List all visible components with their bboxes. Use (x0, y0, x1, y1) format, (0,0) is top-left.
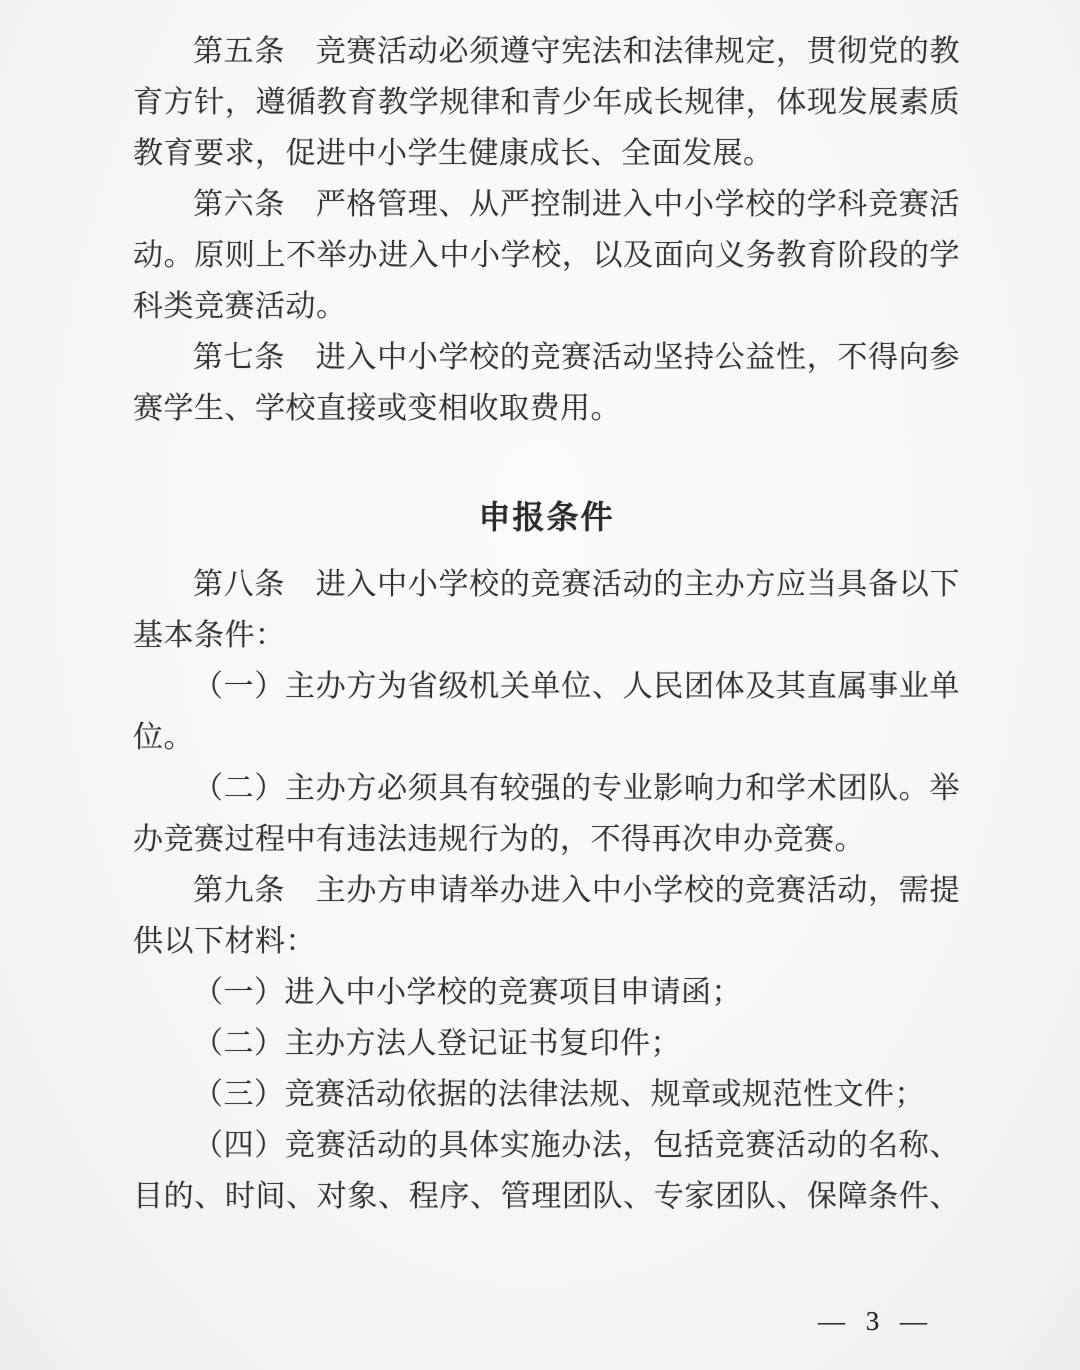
article-9-item-3: （三）竞赛活动依据的法律法规、规章或规范性文件； (133, 1069, 960, 1120)
article-8-item-2: （二）主办方必须具有较强的专业影响力和学术团队。举办竞赛过程中有违法违规行为的，… (133, 763, 960, 865)
article-8-item-1: （一）主办方为省级机关单位、人民团体及其直属事业单位。 (133, 661, 960, 763)
article-5-paragraph: 第五条 竞赛活动必须遵守宪法和法律规定，贯彻党的教育方针，遵循教育教学规律和青少… (133, 26, 960, 179)
article-6-paragraph: 第六条 严格管理、从严控制进入中小学校的学科竞赛活动。原则上不举办进入中小学校，… (133, 179, 960, 332)
document-body: 第五条 竞赛活动必须遵守宪法和法律规定，贯彻党的教育方针，遵循教育教学规律和青少… (0, 0, 1080, 1222)
section-heading-application-conditions: 申报条件 (133, 492, 960, 543)
article-8-paragraph: 第八条 进入中小学校的竞赛活动的主办方应当具备以下基本条件： (133, 559, 960, 661)
document-page: 第五条 竞赛活动必须遵守宪法和法律规定，贯彻党的教育方针，遵循教育教学规律和青少… (0, 0, 1080, 1370)
article-9-item-1: （一）进入中小学校的竞赛项目申请函； (133, 967, 960, 1018)
article-7-paragraph: 第七条 进入中小学校的竞赛活动坚持公益性，不得向参赛学生、学校直接或变相收取费用… (133, 332, 960, 434)
page-number: — 3 — (818, 1306, 934, 1337)
article-9-item-2: （二）主办方法人登记证书复印件； (133, 1018, 960, 1069)
article-9-paragraph: 第九条 主办方申请举办进入中小学校的竞赛活动，需提供以下材料： (133, 865, 960, 967)
article-9-item-4: （四）竞赛活动的具体实施办法，包括竞赛活动的名称、目的、时间、对象、程序、管理团… (133, 1120, 960, 1222)
